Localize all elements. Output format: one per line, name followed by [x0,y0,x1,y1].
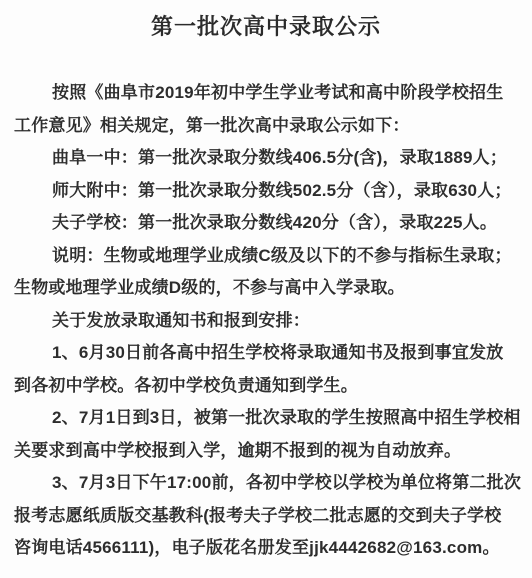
text-line: 报考志愿纸质版交基教科(报考夫子学校二批志愿的交到夫子学校 [14,500,518,533]
paragraph-intro: 按照《曲阜市2019年初中学生学业考试和高中阶段学校招生 工作意见》相关规定，第… [14,77,518,142]
paragraph-qufu-yizhong: 曲阜一中：第一批次录取分数线406.5分(含)，录取1889人； [14,142,518,175]
text-line: 2、7月1日到3日，被第一批次录取的学生按照高中招生学校相 [14,402,518,435]
text-line: 说明：生物或地理学业成绩C级及以下的不参与指标生录取； [14,240,518,273]
announcement-body: 按照《曲阜市2019年初中学生学业考试和高中阶段学校招生 工作意见》相关规定，第… [14,77,518,565]
text-line: 3、7月3日下午17:00前，各初中学校以学校为单位将第二批次 [14,467,518,500]
announcement-page: 第一批次高中录取公示 按照《曲阜市2019年初中学生学业考试和高中阶段学校招生 … [0,0,532,578]
text-line: 生物或地理学业成绩D级的，不参与高中入学录取。 [14,272,518,305]
text-line: 关于发放录取通知书和报到安排： [14,305,518,338]
text-line: 关要求到高中学校报到入学，逾期不报到的视为自动放弃。 [14,435,518,468]
text-line: 咨询电话4566111)，电子版花名册发至jjk4442682@163.com。 [14,532,518,565]
text-line: 曲阜一中：第一批次录取分数线406.5分(含)，录取1889人； [14,142,518,175]
paragraph-item-1: 1、6月30日前各高中招生学校将录取通知书及报到事宜发放 到各初中学校。各初中学… [14,337,518,402]
text-line: 1、6月30日前各高中招生学校将录取通知书及报到事宜发放 [14,337,518,370]
paragraph-fuzi-school: 夫子学校：第一批次录取分数线420分（含），录取225人。 [14,207,518,240]
paragraph-item-3: 3、7月3日下午17:00前，各初中学校以学校为单位将第二批次 报考志愿纸质版交… [14,467,518,565]
paragraph-notice-heading: 关于发放录取通知书和报到安排： [14,305,518,338]
text-line: 工作意见》相关规定，第一批次高中录取公示如下： [14,110,518,143]
text-line: 到各初中学校。各初中学校负责通知到学生。 [14,370,518,403]
paragraph-item-2: 2、7月1日到3日，被第一批次录取的学生按照高中招生学校相 关要求到高中学校报到… [14,402,518,467]
paragraph-shida-fuzhong: 师大附中：第一批次录取分数线502.5分（含），录取630人； [14,175,518,208]
text-line: 师大附中：第一批次录取分数线502.5分（含），录取630人； [14,175,518,208]
page-title: 第一批次高中录取公示 [14,13,518,41]
text-line: 按照《曲阜市2019年初中学生学业考试和高中阶段学校招生 [14,77,518,110]
paragraph-note: 说明：生物或地理学业成绩C级及以下的不参与指标生录取； 生物或地理学业成绩D级的… [14,240,518,305]
text-line: 夫子学校：第一批次录取分数线420分（含），录取225人。 [14,207,518,240]
